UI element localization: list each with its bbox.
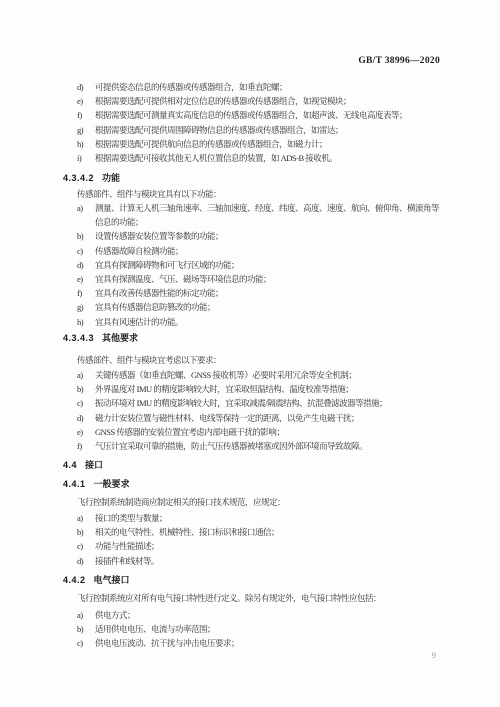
list-item-marker: e) [77,94,95,108]
list-item-text: 气压计宜采取可靠的措施，防止气压传感器被堵塞或因外部环境而导致故障。 [95,439,443,453]
list-item-marker: e) [77,272,95,286]
section-heading-4-4-1: 4.4.1一般要求 [63,477,443,491]
interface-intro-paragraph: 飞行控制系统制造商应制定相关的接口技术规范，应规定： [63,495,443,509]
list-item-text: 供电方式； [95,608,443,622]
list-item-marker: c) [77,636,95,650]
list-item-marker: b) [77,525,95,539]
list-item: g)根据需要选配可提供周围障碍物信息的传感器或传感器组合，如雷达； [63,123,443,137]
section-title: 其他要求 [102,333,138,343]
list-item: b)适用供电电压、电流与功率范围； [63,622,443,636]
list-item-text: 适用供电电压、电流与功率范围； [95,622,443,636]
list-item: h)根据需要选配可提供航向信息的传感器或传感器组合，如磁力计； [63,137,443,151]
section-title: 电气接口 [94,575,130,585]
functions-intro-paragraph: 传感部件、组件与模块宜具有以下功能： [63,187,443,201]
list-item: e)宜具有探测温度、气压、磁场等环境信息的功能； [63,272,443,286]
list-item-text: 宜具有风速估计的功能。 [95,315,443,329]
standard-number-header: GB/T 38996—2020 [63,55,440,67]
list-item-marker: d) [77,554,95,568]
list-item-text: 磁力计安装位置与磁性材料、电线等保持一定的距离，以免产生电磁干扰； [95,411,443,425]
list-item-marker: d) [77,411,95,425]
list-item-text: 宜具有探测温度、气压、磁场等环境信息的功能； [95,272,443,286]
list-item-marker: g) [77,300,95,314]
list-item: a)测量、计算无人机三轴角速率、三轴加速度、经度、纬度、高度、速度、航向、俯仰角… [63,201,443,229]
section-number: 4.3.4.2 [63,173,94,183]
section-heading-4-3-4-3: 4.3.4.3其他要求 [63,331,443,345]
list-item-marker: a) [77,368,95,382]
list-item: d)磁力计安装位置与磁性材料、电线等保持一定的距离，以免产生电磁干扰； [63,411,443,425]
list-item: c)功能与性能描述； [63,539,443,553]
list-item-marker: g) [77,123,95,137]
list-item-text: 宜具有改善传感器性能的标定功能； [95,286,443,300]
list-item: c)供电电压波动、抗干扰与冲击电压要求； [63,636,443,650]
list-item-text: GNSS 传感器的安装位置宜考虑内部电磁干扰的影响； [95,425,443,439]
list-item-text: 设置传感器安装位置等参数的功能； [95,229,443,243]
list-item-text: 根据需要选配可提供相对定位信息的传感器或传感器组合，如视觉模块； [95,94,443,108]
section-title: 接口 [85,460,103,470]
list-item: a)关键传感器（如垂直陀螺、GNSS 接收机等）必要时采用冗余等安全机制； [63,368,443,382]
list-item: b)外界温度对 IMU 的精度影响较大时，宜采取恒温结构、温度校准等措施； [63,382,443,396]
list-item-text: 传感器故障自检测功能； [95,244,443,258]
interface-list: a)接口的类型与数量；b)相关的电气特性、机械特性、接口标识和接口通信；c)功能… [63,511,443,568]
list-item-marker: c) [77,539,95,553]
list-item-text: 测量、计算无人机三轴角速率、三轴加速度、经度、纬度、高度、速度、航向、俯仰角、横… [95,201,443,229]
list-item-text: 接口的类型与数量； [95,511,443,525]
list-item: d)宜具有探测障碍物和可飞行区域的功能； [63,258,443,272]
list-item-text: 外界温度对 IMU 的精度影响较大时，宜采取恒温结构、温度校准等措施； [95,382,443,396]
section-title: 功能 [102,173,120,183]
section-number: 4.4 [63,460,77,470]
electrical-list: a)供电方式；b)适用供电电压、电流与功率范围；c)供电电压波动、抗干扰与冲击电… [63,608,443,651]
list-item-marker: d) [77,80,95,94]
list-item-marker: a) [77,511,95,525]
list-item-text: 根据需要选配可接收其他无人机位置信息的装置，如 ADS-B 接收机。 [95,151,443,165]
list-item: c)振动环境对 IMU 的精度影响较大时，宜采取减震/隔震结构、抗混叠滤波器等措… [63,396,443,410]
list-item: c)传感器故障自检测功能； [63,244,443,258]
list-item-marker: b) [77,229,95,243]
list-item-marker: h) [77,137,95,151]
list-item-marker: b) [77,622,95,636]
section-number: 4.4.2 [63,575,86,585]
list-item: d)可提供姿态信息的传感器或传感器组合，如垂直陀螺； [63,80,443,94]
list-item-text: 供电电压波动、抗干扰与冲击电压要求； [95,636,443,650]
list-item: d)接插件和线材等。 [63,554,443,568]
section-number: 4.4.1 [63,479,86,489]
list-item-marker: i) [77,151,95,165]
list-item: b)相关的电气特性、机械特性、接口标识和接口通信； [63,525,443,539]
page-number: 9 [432,648,436,662]
other-requirements-intro-paragraph: 传感部件、组件与模块宜考虑以下要求： [63,353,443,367]
list-item: a)接口的类型与数量； [63,511,443,525]
section-title: 一般要求 [94,479,130,489]
list-item: a)供电方式； [63,608,443,622]
list-item-marker: c) [77,244,95,258]
list-item-marker: d) [77,258,95,272]
list-item: e)根据需要选配可提供相对定位信息的传感器或传感器组合，如视觉模块； [63,94,443,108]
list-item-text: 根据需要选配可测量真实高度信息的传感器或传感器组合，如超声波、无线电高度表等； [95,108,443,122]
list-item-text: 根据需要选配可提供航向信息的传感器或传感器组合，如磁力计； [95,137,443,151]
list-item-text: 相关的电气特性、机械特性、接口标识和接口通信； [95,525,443,539]
list-item: i)根据需要选配可接收其他无人机位置信息的装置，如 ADS-B 接收机。 [63,151,443,165]
section-number: 4.3.4.3 [63,333,94,343]
list-item-marker: f) [77,286,95,300]
other-requirements-list: a)关键传感器（如垂直陀螺、GNSS 接收机等）必要时采用冗余等安全机制；b)外… [63,368,443,453]
list-item: e)GNSS 传感器的安装位置宜考虑内部电磁干扰的影响； [63,425,443,439]
list-item-text: 振动环境对 IMU 的精度影响较大时，宜采取减震/隔震结构、抗混叠滤波器等措施； [95,396,443,410]
list-item-marker: a) [77,201,95,229]
list-item: f)根据需要选配可测量真实高度信息的传感器或传感器组合，如超声波、无线电高度表等… [63,108,443,122]
electrical-intro-paragraph: 飞行控制系统应对所有电气接口特性进行定义。除另有规定外，电气接口特性应包括： [63,591,443,605]
list-item-text: 根据需要选配可提供周围障碍物信息的传感器或传感器组合，如雷达； [95,123,443,137]
list-item-marker: a) [77,608,95,622]
section-heading-4-3-4-2: 4.3.4.2功能 [63,171,443,185]
list-item-marker: c) [77,396,95,410]
list-item-text: 可提供姿态信息的传感器或传感器组合，如垂直陀螺； [95,80,443,94]
sensor-config-list: d)可提供姿态信息的传感器或传感器组合，如垂直陀螺；e)根据需要选配可提供相对定… [63,80,443,165]
list-item-text: 宜具有探测障碍物和可飞行区域的功能； [95,258,443,272]
list-item-marker: f) [77,108,95,122]
list-item-text: 关键传感器（如垂直陀螺、GNSS 接收机等）必要时采用冗余等安全机制； [95,368,443,382]
list-item-marker: h) [77,315,95,329]
list-item-text: 宜具有传感器信息防篡改的功能； [95,300,443,314]
list-item: g)宜具有传感器信息防篡改的功能； [63,300,443,314]
list-item-marker: b) [77,382,95,396]
section-heading-4-4: 4.4接口 [63,458,443,472]
functions-list: a)测量、计算无人机三轴角速率、三轴加速度、经度、纬度、高度、速度、航向、俯仰角… [63,201,443,329]
section-heading-4-4-2: 4.4.2电气接口 [63,573,443,587]
list-item: f)宜具有改善传感器性能的标定功能； [63,286,443,300]
document-page: GB/T 38996—2020 d)可提供姿态信息的传感器或传感器组合，如垂直陀… [0,0,500,707]
list-item: b)设置传感器安装位置等参数的功能； [63,229,443,243]
list-item-text: 功能与性能描述； [95,539,443,553]
list-item-marker: e) [77,425,95,439]
list-item-marker: f) [77,439,95,453]
list-item-text: 接插件和线材等。 [95,554,443,568]
list-item: f)气压计宜采取可靠的措施，防止气压传感器被堵塞或因外部环境而导致故障。 [63,439,443,453]
list-item: h)宜具有风速估计的功能。 [63,315,443,329]
